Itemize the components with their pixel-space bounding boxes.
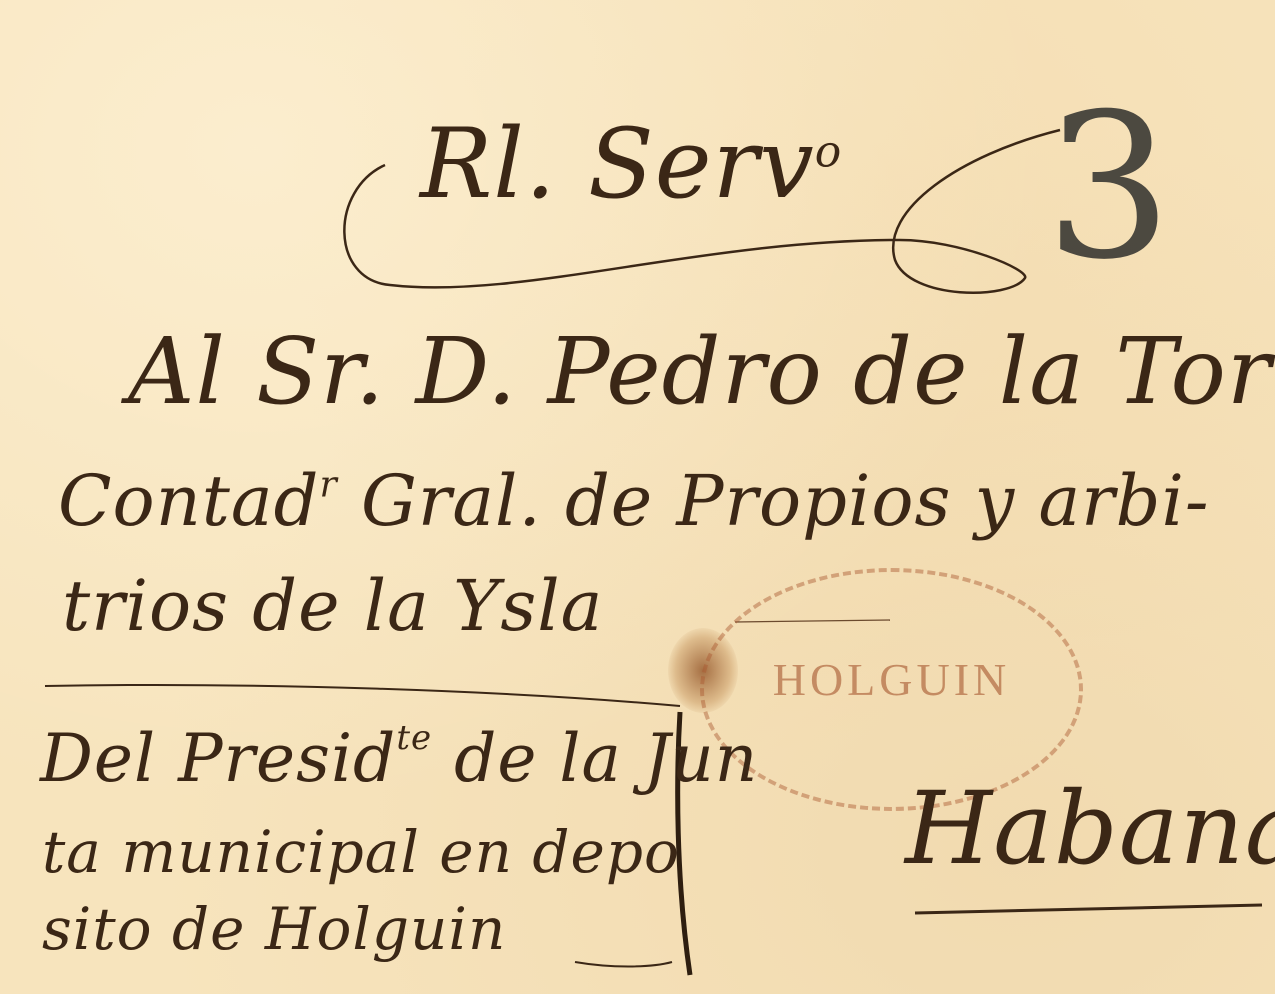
address-line-2-suffix: Gral. de Propios y arbi- bbox=[338, 460, 1210, 542]
sender-note-line-1: Del Presidte de la Jun bbox=[40, 718, 758, 797]
address-line-3: trios de la Ysla bbox=[62, 565, 603, 647]
service-line-text: Rl. Serv bbox=[420, 108, 815, 220]
letter-cover: Rl. Servo 3 Al Sr. D. Pedro de la Torre … bbox=[0, 0, 1275, 994]
address-line-2-prefix: Contad bbox=[58, 460, 319, 542]
sender-note-line-2: ta municipal en depo bbox=[42, 818, 680, 886]
sender-note-line-1-prefix: Del Presid bbox=[40, 720, 396, 797]
sender-note-line-1-superscript: te bbox=[396, 718, 432, 758]
service-line: Rl. Servo bbox=[420, 108, 842, 220]
rate-mark-stamp: 3 bbox=[1045, 88, 1172, 288]
address-line-1: Al Sr. D. Pedro de la Torre bbox=[128, 318, 1275, 425]
service-line-superscript: o bbox=[815, 126, 843, 177]
address-line-2-superscript: r bbox=[319, 464, 337, 505]
sender-note-line-1-suffix: de la Jun bbox=[432, 720, 758, 797]
address-line-2: Contadr Gral. de Propios y arbi- bbox=[58, 460, 1210, 542]
postmark-text: HOLGUIN bbox=[773, 653, 1011, 706]
destination-city: Habana bbox=[905, 770, 1275, 887]
sender-note-line-3: sito de Holguin bbox=[42, 895, 506, 963]
